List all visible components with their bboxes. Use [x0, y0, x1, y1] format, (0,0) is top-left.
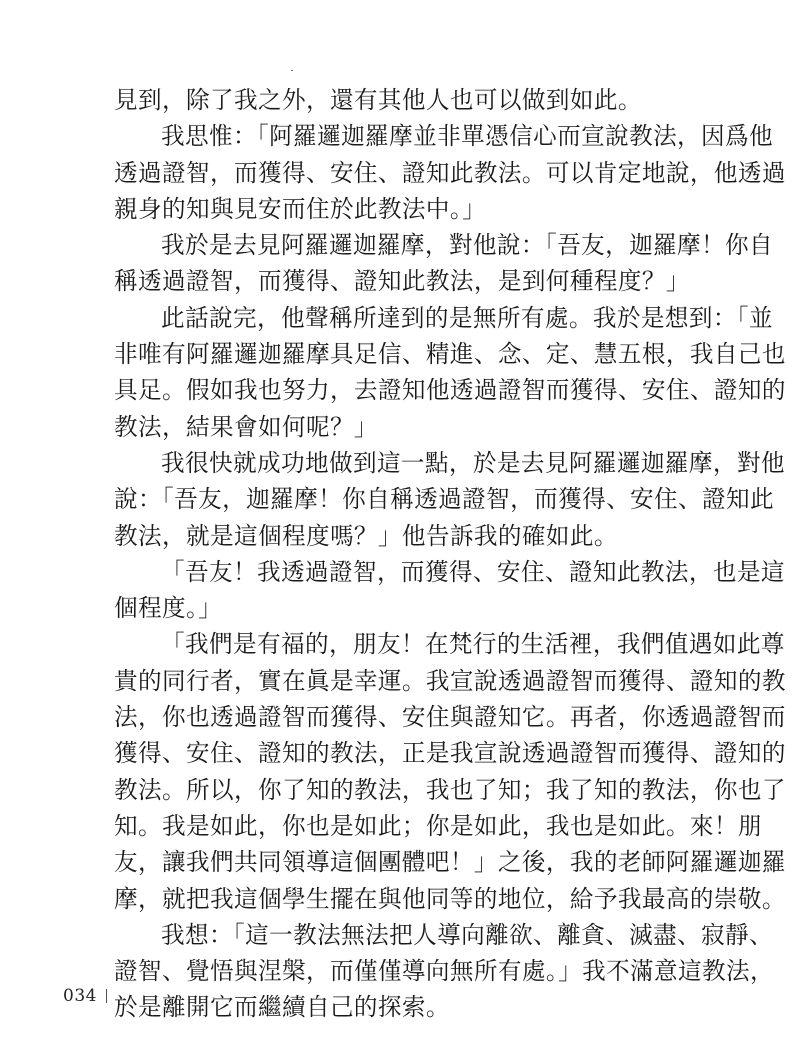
text-line: 見到，除了我之外，還有其他人也可以做到如此。: [114, 82, 720, 118]
text-line: 我想：「這一教法無法把人導向離欲、離貪、滅盡、寂靜、: [114, 917, 720, 953]
text-line: 「吾友！我透過證智，而獲得、安住、證知此教法，也是這: [114, 554, 720, 590]
text-line: 具足。假如我也努力，去證知他透過證智而獲得、安住、證知的: [114, 372, 720, 408]
body-text: 見到，除了我之外，還有其他人也可以做到如此。 我思惟：「阿羅邏迦羅摩並非單憑信心…: [114, 82, 720, 1026]
text-line: 我於是去見阿羅邏迦羅摩，對他說：「吾友，迦羅摩！你自: [114, 227, 720, 263]
text-line: 稱透過證智，而獲得、證知此教法，是到何種程度？」: [114, 263, 720, 299]
page-footer: 034: [63, 986, 107, 1006]
text-line: 此話說完，他聲稱所達到的是無所有處。我於是想到：「並: [114, 300, 720, 336]
text-line: 獲得、安住、證知的教法，正是我宣說透過證智而獲得、證知的: [114, 735, 720, 771]
text-line: 貴的同行者，實在眞是幸運。我宣說透過證智而獲得、證知的教: [114, 663, 720, 699]
text-line: 教法，就是這個程度嗎？」他告訴我的確如此。: [114, 518, 720, 554]
text-line: 非唯有阿羅邏迦羅摩具足信、精進、念、定、慧五根，我自己也: [114, 336, 720, 372]
book-page: 見到，除了我之外，還有其他人也可以做到如此。 我思惟：「阿羅邏迦羅摩並非單憑信心…: [0, 0, 792, 1056]
text-line: 親身的知與見安而住於此教法中。」: [114, 191, 720, 227]
scan-speck: [291, 70, 293, 71]
text-line: 個程度。」: [114, 590, 720, 626]
footer-divider: [106, 989, 107, 1003]
text-line: 知。我是如此，你也是如此；你是如此，我也是如此。來！朋: [114, 808, 720, 844]
text-line: 「我們是有福的，朋友！在梵行的生活裡，我們值遇如此尊: [114, 626, 720, 662]
page-number: 034: [63, 986, 97, 1006]
text-line: 證智、覺悟與涅槃，而僅僅導向無所有處。」我不滿意這教法，: [114, 953, 720, 989]
text-line: 於是離開它而繼續自己的探索。: [114, 989, 720, 1025]
text-line: 我思惟：「阿羅邏迦羅摩並非單憑信心而宣說教法，因爲他: [114, 118, 720, 154]
text-line: 教法，結果會如何呢？」: [114, 409, 720, 445]
text-line: 說：「吾友，迦羅摩！你自稱透過證智，而獲得、安住、證知此: [114, 481, 720, 517]
text-line: 透過證智，而獲得、安住、證知此教法。可以肯定地說，他透過: [114, 155, 720, 191]
text-line: 摩，就把我這個學生擺在與他同等的地位，給予我最高的崇敬。: [114, 881, 720, 917]
text-line: 我很快就成功地做到這一點，於是去見阿羅邏迦羅摩，對他: [114, 445, 720, 481]
text-line: 友，讓我們共同領導這個團體吧！」之後，我的老師阿羅邏迦羅: [114, 844, 720, 880]
text-line: 法，你也透過證智而獲得、安住與證知它。再者，你透過證智而: [114, 699, 720, 735]
text-line: 教法。所以，你了知的教法，我也了知；我了知的教法，你也了: [114, 772, 720, 808]
